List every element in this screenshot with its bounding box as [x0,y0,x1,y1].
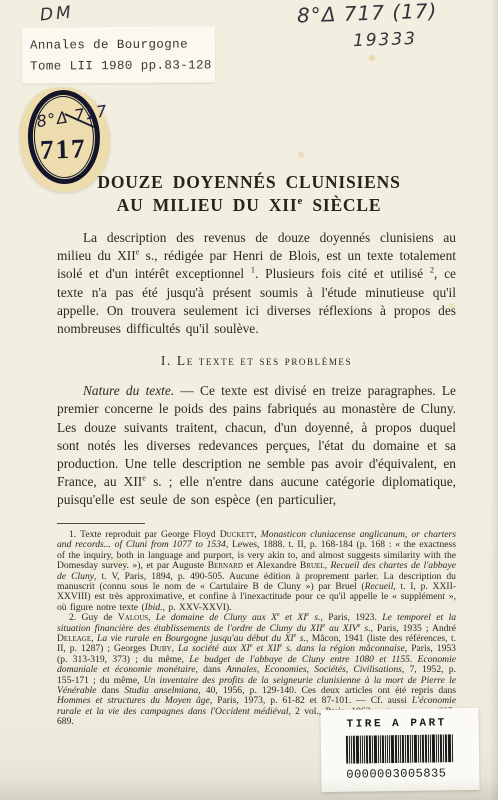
footnote-separator-rule [57,523,145,524]
text-segment: , dans [195,664,225,675]
handwritten-accession-number: 19333 [353,29,418,51]
handwritten-dm: DM [39,3,74,26]
text-segment: et XII [252,643,279,654]
text-segment: 2. Guy de [69,612,118,623]
text-segment: AU MILIEU DU XII [117,195,298,215]
journal-label-line2: Tome LII 1980 pp.83-128 [30,55,215,77]
text-segment: Studia anselmiana [124,685,198,696]
text-segment: , 40, 1956, p. 129-140. Ces deux article… [198,685,456,696]
text-segment: s. [360,623,370,634]
text-segment: DOUZE DOYENNÉS CLUNISIENS [97,172,400,192]
text-segment: Hommes et structures du Moyen âge [57,695,210,706]
journal-label: Annales de Bourgogne Tome LII 1980 pp.83… [22,26,215,83]
text-segment: s. dans la région mâconnaise [282,643,405,654]
intro-paragraph: La description des revenus de douze doye… [57,229,456,338]
text-segment: et XI [280,612,307,623]
text-segment: SIÈCLE [303,195,381,215]
text-segment: Duby [150,643,172,654]
journal-label-line1: Annales de Bourgogne [30,34,215,56]
barcode [346,734,460,764]
article-title-line1: DOUZE DOYENNÉS CLUNISIENS [0,171,498,194]
text-segment: , Paris, 1973, p. 61-82 et 87-101. — Cf.… [210,695,412,706]
article-title: DOUZE DOYENNÉS CLUNISIENS AU MILIEU DU X… [0,171,498,217]
footnotes-block: 1. Texte reproduit par George Floyd Duck… [57,530,456,728]
text-segment: Bruel [300,560,325,571]
stamp-number: 717 [20,133,107,167]
text-segment: La société aux XI [178,643,250,654]
text-segment: Duckett [220,529,255,540]
text-segment: Le domaine de Cluny aux X [156,612,277,623]
text-column: La description des revenus de douze doye… [57,229,456,728]
text-segment: Valous [118,612,148,623]
text-segment: 1. Texte reproduit par George Floyd [69,529,220,540]
scanned-offprint-page: DM 8°Δ 717 (17) 19333 Annales de Bourgog… [0,0,498,800]
text-segment: . Plusieurs fois cité et utilisé [255,266,430,281]
text-segment: Bernard [208,560,243,571]
barcode-caption: TIRE A PART [347,717,447,730]
tire-a-part-barcode-label: TIRE A PART 0000003005835 [320,708,479,792]
text-segment: Nature du texte. [83,383,174,398]
handwritten-shelfmark: 8°Δ 717 (17) [297,0,438,27]
text-segment: et Alexandre [243,560,300,571]
text-segment: , [148,612,156,623]
section-heading: I. Le texte et ses problèmes [57,353,456,369]
nature-du-texte-paragraph: Nature du texte. — Ce texte est divisé e… [57,382,456,509]
text-segment: Recueil [365,581,394,592]
barcode-number: 0000003005835 [346,766,446,781]
footnote-1: 1. Texte reproduit par George Floyd Duck… [57,530,456,613]
text-segment: s. [309,612,321,623]
text-segment: au XIV [325,623,358,634]
text-segment: Annales, Economies, Sociétés, Civilisati… [226,664,402,675]
text-segment: , Paris, 1935 ; André [371,623,456,634]
text-segment: , Paris, 1923. [321,612,383,623]
text-segment: dans [96,685,124,696]
article-title-line2: AU MILIEU DU XIIe SIÈCLE [0,194,498,217]
